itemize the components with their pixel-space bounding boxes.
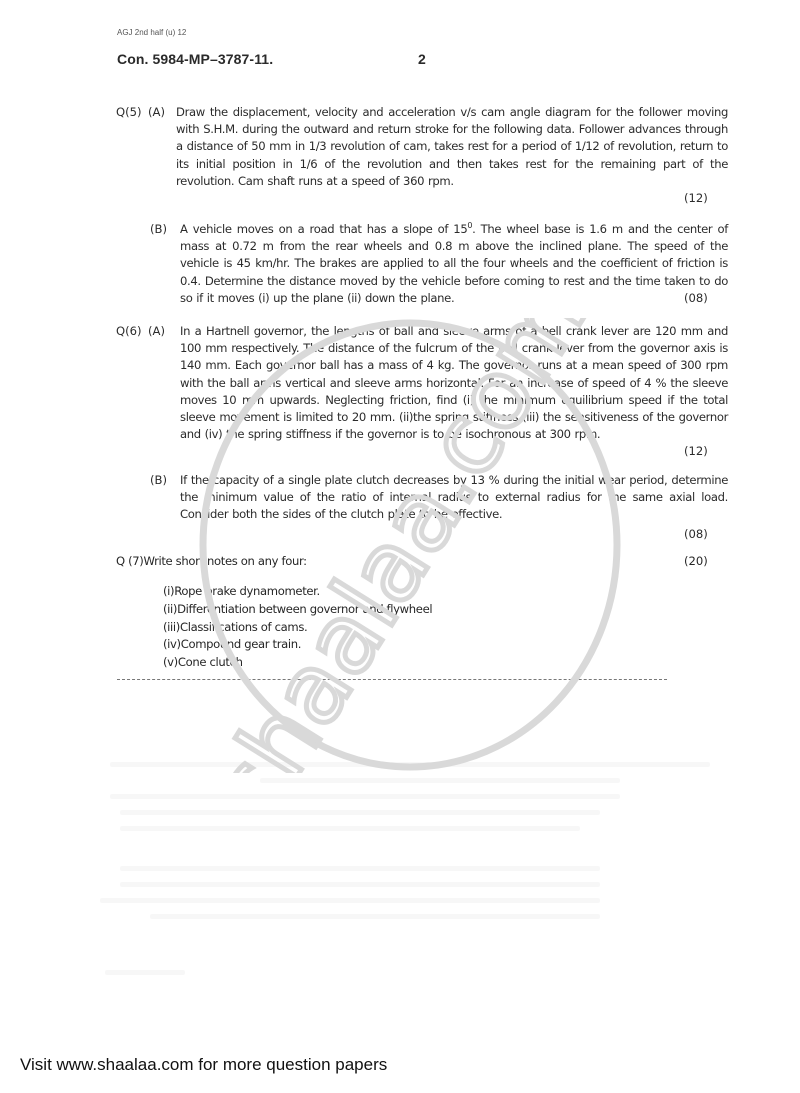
bleed-through-text xyxy=(120,810,600,815)
question-part: (B) xyxy=(150,221,167,238)
short-note-item: (iii)Classifications of cams. xyxy=(163,619,432,637)
question-number: Q(5) xyxy=(116,104,142,121)
bleed-through-text xyxy=(110,794,620,799)
bleed-through-text xyxy=(120,866,600,871)
question-part: (A) xyxy=(148,323,165,340)
bleed-through-text xyxy=(150,914,600,919)
question-number: Q(6) xyxy=(116,323,142,340)
question-marks: (08) xyxy=(684,290,708,307)
question-text: If the capacity of a single plate clutch… xyxy=(180,472,728,524)
bleed-through-text xyxy=(110,762,710,767)
paper-code-note: AGJ 2nd half (u) 12 xyxy=(117,28,186,37)
bleed-through-text xyxy=(105,970,185,975)
question-text: Draw the displacement, velocity and acce… xyxy=(176,104,728,190)
question-part: (B) xyxy=(150,472,167,489)
question-marks: (12) xyxy=(684,443,708,460)
question-7-marks: (20) xyxy=(684,554,708,568)
page-number: 2 xyxy=(418,51,426,67)
bleed-through-text xyxy=(100,898,600,903)
bleed-through-text xyxy=(120,882,600,887)
question-text-part: A vehicle moves on a road that has a slo… xyxy=(180,222,467,236)
question-7-title: Q (7)Write short notes on any four: xyxy=(116,554,307,568)
footer-promo-text: Visit www.shaalaa.com for more question … xyxy=(20,1055,387,1075)
short-notes-list: (i)Rope brake dynamometer. (ii)Different… xyxy=(163,583,432,672)
question-text: A vehicle moves on a road that has a slo… xyxy=(180,221,728,307)
short-note-item: (i)Rope brake dynamometer. xyxy=(163,583,432,601)
question-part: (A) xyxy=(148,104,165,121)
question-text: In a Hartnell governor, the lengths of b… xyxy=(180,323,728,443)
question-marks: (08) xyxy=(684,526,708,543)
question-paper-page: AGJ 2nd half (u) 12 Con. 5984-MP–3787-11… xyxy=(0,0,800,1093)
question-marks: (12) xyxy=(684,190,708,207)
bleed-through-text xyxy=(120,826,580,831)
con-number: Con. 5984-MP–3787-11. xyxy=(117,51,273,67)
short-note-item: (ii)Differentiation between governor and… xyxy=(163,601,432,619)
bleed-through-text xyxy=(260,778,620,783)
short-note-item: (v)Cone clutch xyxy=(163,654,432,672)
end-of-paper-divider xyxy=(117,679,667,680)
short-note-item: (iv)Compound gear train. xyxy=(163,636,432,654)
